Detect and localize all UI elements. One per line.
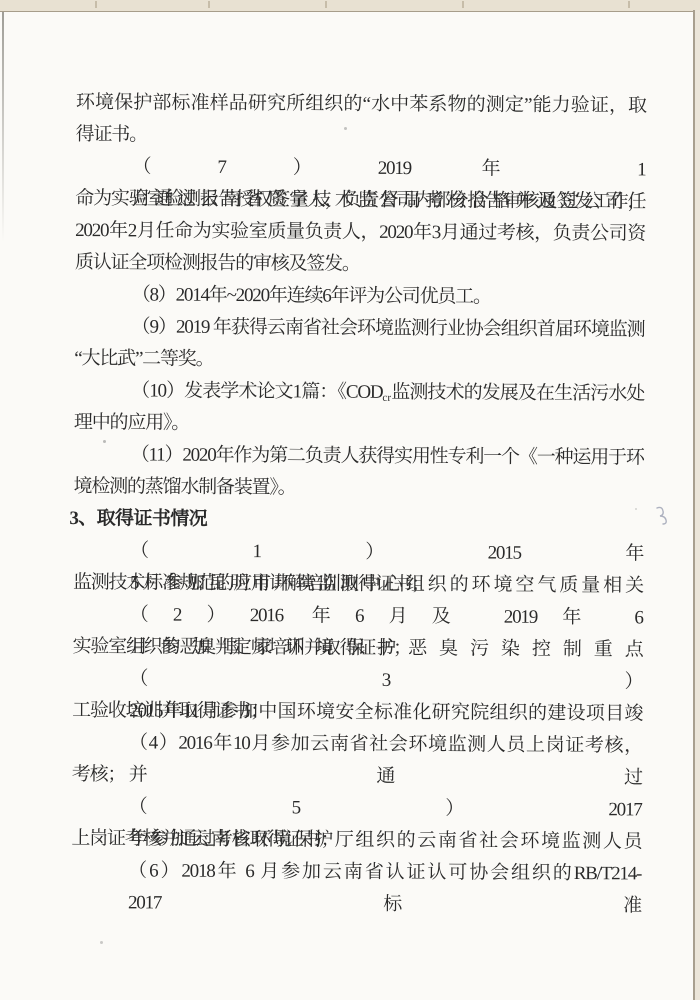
scan-mark [208,1,210,8]
scan-pen-mark [653,505,673,527]
scan-speck [635,508,637,510]
scan-mark [95,1,97,8]
text-line: （6）2018年 6 月参加云南省认证认可协会组织的RB/T214-2017标准 [71,855,641,890]
scan-top-edge [0,0,700,12]
text-line: （1）2015年 5月参加昆明市环境监测中心组织的环境空气质量相关 [73,535,643,570]
subscript-text: cr [382,392,391,404]
scan-speck [520,203,522,205]
section-heading: 3、取得证书情况 [69,503,643,539]
scan-mark [628,1,630,8]
text-line: 质认证全项检测报告的审核及签发。 [75,247,645,282]
text-segment: （10）发表学术论文1篇：《COD [131,380,382,403]
text-line: 理中的应用》。 [74,407,644,442]
scan-mark [325,1,327,8]
text-line: 环境保护部标准样品研究所组织的“水中苯系物的测定”能力验证，取 [76,87,646,122]
text-line: （9）2019 年获得云南省社会环境监测行业协会组织首届环境监测 [74,311,644,346]
text-line: （4）2016年10月参加云南省社会环境监测人员上岗证考核，并通过 [72,727,642,762]
text-line: （11）2020年作为第二负责人获得实用性专利一个《一种运用于环 [74,439,644,474]
document-text: 环境保护部标准样品研究所组织的“水中苯系物的测定”能力验证，取得证书。（7）20… [71,87,646,890]
text-line: （5）2017 年参加云南省环境保护厅组织的云南省社会环境监测人员 [72,791,642,826]
text-line: 得证书。 [76,119,646,154]
text-line: 境检测的蒸馏水制备装置》。 [73,471,643,506]
scan-left-edge-line [2,12,4,242]
scanned-page: 环境保护部标准样品研究所组织的“水中苯系物的测定”能力验证，取得证书。（7）20… [0,0,700,1000]
text-line: （2）2016 年6月及 2019年 6 月参加国家环境保护恶臭污染控制重点 [73,599,643,634]
text-line: 2020年2月任命为实验室质量负责人，2020年3月通过考核，负责公司资 [75,215,645,250]
text-line: （10）发表学术论文1篇：《CODcr监测技术的发展及在生活污水处 [74,375,644,410]
text-line: （8）2014年~2020年连续6年评为公司优员工。 [75,279,645,314]
text-line: （3）2015年11月参加中国环境安全标准化研究院组织的建设项目竣 [72,663,642,698]
scan-speck [344,127,347,130]
text-line: （7）2019 年 1 月通过云南省质量技术监督局考核合格并通过公司任 [75,151,645,186]
scan-speck [103,440,106,443]
scan-right-edge [693,10,700,1000]
scan-speck [100,941,103,944]
scan-mark [462,1,464,8]
text-line: 命为实验室检测报告授权签字人，负责公司内部分报告审核及签发工作， [75,183,645,218]
text-line: “大比武”二等奖。 [74,343,644,378]
text-segment: 监测技术的发展及在生活污水处 [391,382,644,405]
